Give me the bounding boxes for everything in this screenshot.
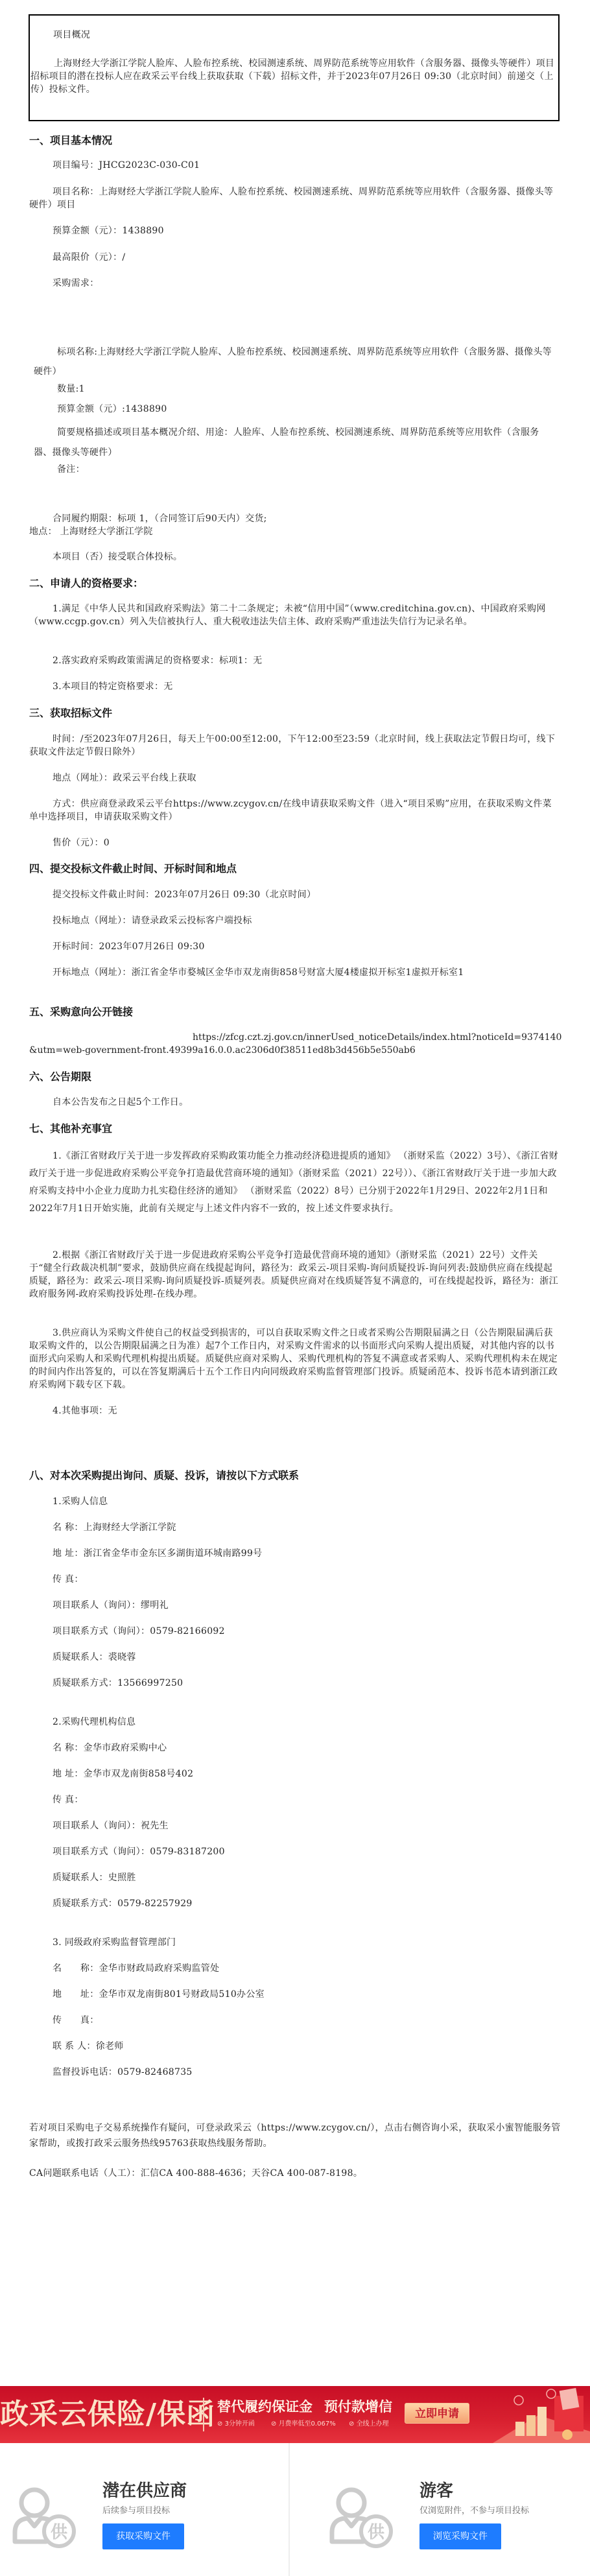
section-6-title: 六、公告期限 xyxy=(29,1070,91,1084)
role-selection-cards: 供 潜在供应商 后续参与项目投标 获取采购文件 供 游客 仅浏览附件，不参与项目… xyxy=(0,2443,590,2576)
qualification-item-3: 3.本项目的特定资格要求：无 xyxy=(29,680,561,693)
agency-contact: 项目联系人（询问）：祝先生 xyxy=(29,1819,561,1832)
card-title-supplier: 潜在供应商 xyxy=(102,2481,187,2501)
qualification-item-2: 2.落实政府采购政策需满足的资格要求：标项1：无 xyxy=(29,654,561,667)
supplement-item-1: 1.《浙江省财政厅关于进一步发挥政府采购政策功能全力推动经济稳进提质的通知》 （… xyxy=(29,1148,561,1218)
procurement-intention-link[interactable]: https://zfcg.czt.zj.gov.cn/innerUsed_not… xyxy=(29,1031,562,1057)
document-price: 售价（元）：0 xyxy=(29,836,561,849)
ca-contact: CA问题联系电话（人工）：汇信CA 400-888-4636；天谷CA 400-… xyxy=(29,2167,561,2180)
check-circle-icon: ⊘ xyxy=(271,2420,279,2428)
purchaser-query-contact: 质疑联系人：裘晓蓉 xyxy=(29,1651,561,1664)
qualification-item-1: 1.满足《中华人民共和国政府采购法》第二十二条规定；未被“信用中国”（www.c… xyxy=(29,602,561,628)
supervisor-address: 地 址：金华市双龙南街801号财政局510办公室 xyxy=(29,1988,561,2001)
purchaser-name: 名 称：上海财经大学浙江学院 xyxy=(29,1521,561,1534)
delivery-location: 地点： 上海财经大学浙江学院 xyxy=(29,525,561,538)
supplier-user-icon: 供 xyxy=(11,2482,78,2549)
potential-supplier-card: 供 潜在供应商 后续参与项目投标 获取采购文件 xyxy=(0,2443,290,2576)
card-subtitle-visitor: 仅浏览附件，不参与项目投标 xyxy=(419,2505,529,2517)
insurance-banner[interactable]: 政采云保险/保函 替代履约保证金 预付款增信 ⊘ 3分钟开函 ⊘ 月费率低至0.… xyxy=(0,2386,590,2443)
agency-phone: 项目联系方式（询问）：0579-83187200 xyxy=(29,1845,561,1858)
consortium-note: 本项目（否）接受联合体投标。 xyxy=(29,550,561,563)
section-5-title: 五、采购意向公开链接 xyxy=(29,1005,133,1019)
obtain-place: 地点（网址）：政采云平台线上获取 xyxy=(29,772,561,785)
obtain-time: 时间：/至2023年07月26日，每天上午00:00至12:00，下午12:00… xyxy=(29,733,561,759)
purchaser-address: 地 址：浙江省金华市金东区多湖街道环城南路99号 xyxy=(29,1547,561,1560)
svg-text:供: 供 xyxy=(51,2523,68,2542)
supervisor-contact: 联 系 人：徐老师 xyxy=(29,2040,561,2053)
banner-bullet-3: ⊘ 全线上办理 xyxy=(349,2420,389,2429)
agency-address: 地 址：金华市双龙南街858号402 xyxy=(29,1767,561,1780)
purchaser-heading: 1.采购人信息 xyxy=(29,1495,561,1508)
overview-heading: 项目概况 xyxy=(53,29,183,41)
announcement-period: 自本公告发布之日起5个工作日。 xyxy=(29,1096,561,1109)
submission-deadline: 提交投标文件截止时间：2023年07月26日 09:30（北京时间） xyxy=(29,888,561,901)
lot-description: 简要规格描述或项目基本概况介绍、用途：人脸库、人脸布控系统、校园测速系统、周界防… xyxy=(34,423,558,463)
supervisor-heading: 3. 同级政府采购监督管理部门 xyxy=(29,1936,561,1949)
section-2-title: 二、申请人的资格要求： xyxy=(29,576,143,591)
check-circle-icon: ⊘ xyxy=(217,2420,225,2428)
opening-time: 开标时间：2023年07月26日 09:30 xyxy=(29,940,561,953)
purchaser-contact: 项目联系人（询问）：缪明礼 xyxy=(29,1599,561,1612)
bid-place: 投标地点（网址）：请登录政采云投标客户端投标 xyxy=(29,914,561,927)
agency-fax: 传 真： xyxy=(29,1793,561,1806)
browse-procurement-docs-button[interactable]: 浏览采购文件 xyxy=(419,2523,501,2549)
section-1-title: 一、项目基本情况 xyxy=(29,134,112,148)
banner-title: 政采云保险/保函 xyxy=(0,2398,215,2431)
banner-illustration-icon xyxy=(480,2386,590,2443)
agency-name: 名 称：金华市政府采购中心 xyxy=(29,1742,561,1755)
obtain-method: 方式：供应商登录政采云平台https://www.zcygov.cn/在线申请获… xyxy=(29,798,561,823)
supervisor-fax: 传 真： xyxy=(29,2014,561,2027)
banner-bullet-2: ⊘ 月费率低至0.067% xyxy=(271,2420,336,2429)
agency-heading: 2.采购代理机构信息 xyxy=(29,1716,561,1729)
agency-query-phone: 质疑联系方式：0579-82257929 xyxy=(29,1897,561,1910)
project-number: 项目编号：JHCG2023C-030-C01 xyxy=(29,159,561,172)
project-name: 项目名称：上海财经大学浙江学院人脸库、人脸布控系统、校园测速系统、周界防范系统等… xyxy=(29,185,561,211)
demand-label: 采购需求： xyxy=(29,277,561,290)
budget-amount: 预算金额（元）：1438890 xyxy=(29,224,561,237)
card-subtitle-supplier: 后续参与项目投标 xyxy=(102,2505,170,2517)
banner-feature-1: 替代履约保证金 xyxy=(217,2398,313,2416)
contract-period: 合同履约期限：标项 1，（合同签订后90天内）交货; xyxy=(29,512,561,525)
lot-remark: 备注： xyxy=(34,463,565,476)
section-8-title: 八、对本次采购提出询问、质疑、投诉，请按以下方式联系 xyxy=(29,1469,299,1483)
card-title-visitor: 游客 xyxy=(419,2481,453,2501)
purchaser-fax: 传 真： xyxy=(29,1573,561,1586)
lot-name: 标项名称:上海财经大学浙江学院人脸库、人脸布控系统、校园测速系统、周界防范系统等… xyxy=(34,342,558,381)
supplement-item-3: 3.供应商认为采购文件使自己的权益受到损害的，可以自获取采购文件之日或者采购公告… xyxy=(29,1327,561,1391)
supervisor-name: 名 称：金华市财政局政府采购监管处 xyxy=(29,1962,561,1975)
supervisor-phone: 监督投诉电话：0579-82468735 xyxy=(29,2066,561,2079)
lot-budget: 预算金额（元）:1438890 xyxy=(34,403,565,416)
supplement-item-4: 4.其他事项：无 xyxy=(29,1404,561,1417)
section-4-title: 四、提交投标文件截止时间、开标时间和地点 xyxy=(29,862,237,876)
visitor-card: 供 游客 仅浏览附件，不参与项目投标 浏览采购文件 xyxy=(291,2443,590,2576)
section-7-title: 七、其他补充事宜 xyxy=(29,1122,112,1136)
get-procurement-docs-button[interactable]: 获取采购文件 xyxy=(102,2523,184,2549)
opening-place: 开标地点（网址）：浙江省金华市婺城区金华市双龙南街858号财富大厦4楼虚拟开标室… xyxy=(29,966,561,979)
banner-divider xyxy=(203,2398,204,2431)
visitor-user-icon: 供 xyxy=(328,2482,395,2549)
check-circle-icon: ⊘ xyxy=(349,2420,357,2428)
purchaser-query-phone: 质疑联系方式：13566997250 xyxy=(29,1677,561,1690)
help-text: 若对项目采购电子交易系统操作有疑问，可登录政采云（https://www.zcy… xyxy=(29,2120,561,2151)
overview-body: 上海财经大学浙江学院人脸库、人脸布控系统、校园测速系统、周界防范系统等应用软件（… xyxy=(30,57,557,96)
section-3-title: 三、获取招标文件 xyxy=(29,706,112,720)
banner-feature-2: 预付款增信 xyxy=(324,2398,392,2416)
svg-text:供: 供 xyxy=(368,2523,385,2542)
apply-now-button[interactable]: 立即申请 xyxy=(405,2403,469,2424)
supplement-item-2: 2.根据《浙江省财政厅关于进一步促进政府采购公平竞争打造最优营商环境的通知》（浙… xyxy=(29,1249,561,1301)
lot-quantity: 数量:1 xyxy=(34,383,565,396)
banner-bullet-1: ⊘ 3分钟开函 xyxy=(217,2420,255,2429)
max-price: 最高限价（元）：/ xyxy=(29,251,561,264)
purchaser-phone: 项目联系方式（询问）：0579-82166092 xyxy=(29,1625,561,1638)
agency-query-contact: 质疑联系人：史照胜 xyxy=(29,1871,561,1884)
